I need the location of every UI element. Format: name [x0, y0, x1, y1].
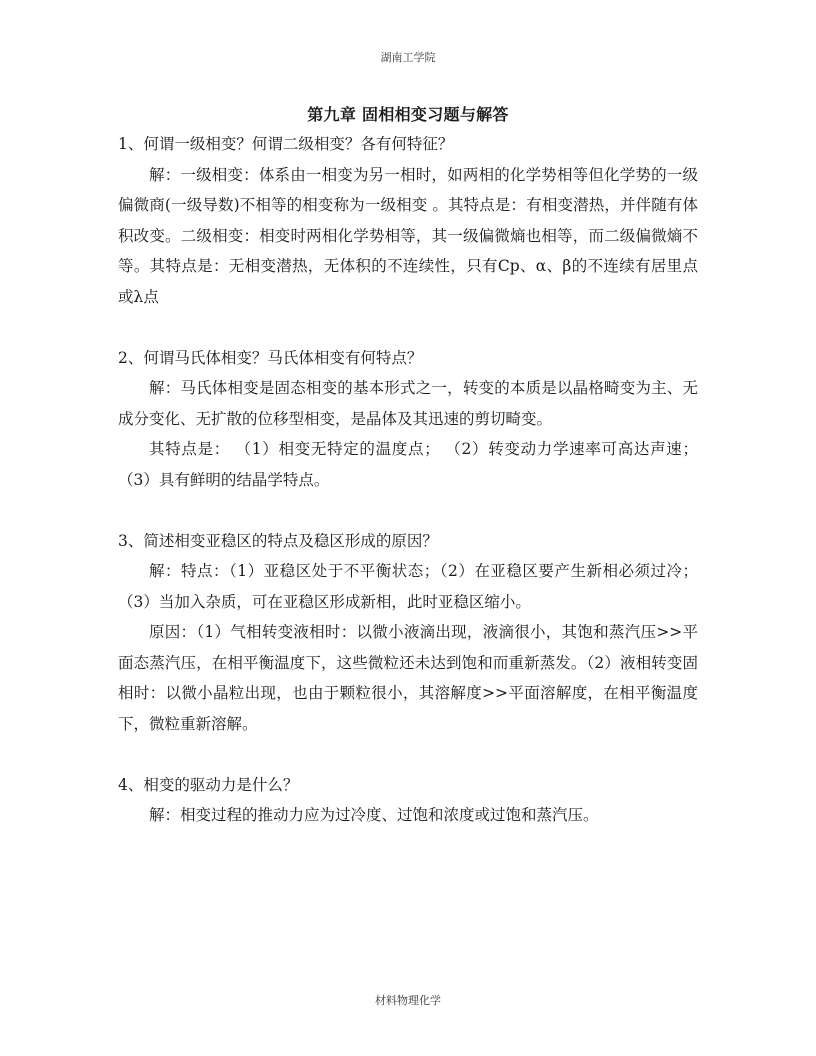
section-2: 2、何谓马氏体相变？马氏体相变有何特点？ 解：马氏体相变是固态相变的基本形式之一…: [118, 343, 698, 496]
section-spacer: [118, 739, 698, 770]
section-spacer: [118, 495, 698, 526]
section-3: 3、简述相变亚稳区的特点及稳区形成的原因？ 解：特点：（1）亚稳区处于不平衡状态…: [118, 526, 698, 740]
page-header: 湖南工学院: [0, 49, 816, 65]
question-2: 2、何谓马氏体相变？马氏体相变有何特点？: [118, 343, 698, 374]
answer-3-paragraph-1: 解：特点：（1）亚稳区处于不平衡状态；（2）在亚稳区要产生新相必须过冷；（3）当…: [118, 556, 698, 617]
document-title: 第九章 固相相变习题与解答: [0, 102, 816, 125]
answer-4-paragraph-1: 解：相变过程的推动力应为过冷度、过饱和浓度或过饱和蒸汽压。: [118, 800, 698, 831]
answer-1-paragraph-1: 解：一级相变：体系由一相变为另一相时，如两相的化学势相等但化学势的一级偏微商(一…: [118, 160, 698, 313]
answer-3-paragraph-2: 原因：（1）气相转变液相时：以微小液滴出现，液滴很小，其饱和蒸汽压>>平面态蒸汽…: [118, 617, 698, 739]
question-4: 4、相变的驱动力是什么？: [118, 770, 698, 801]
answer-2-paragraph-2: 其特点是： （1）相变无特定的温度点； （2）转变动力学速率可高达声速；（3）具…: [118, 434, 698, 495]
answer-2-paragraph-1: 解：马氏体相变是固态相变的基本形式之一，转变的本质是以晶格畸变为主、无成分变化、…: [118, 373, 698, 434]
question-3: 3、简述相变亚稳区的特点及稳区形成的原因？: [118, 526, 698, 557]
document-body: 1、何谓一级相变？何谓二级相变？各有何特征？ 解：一级相变：体系由一相变为另一相…: [118, 129, 698, 831]
section-1: 1、何谓一级相变？何谓二级相变？各有何特征？ 解：一级相变：体系由一相变为另一相…: [118, 129, 698, 312]
question-1: 1、何谓一级相变？何谓二级相变？各有何特征？: [118, 129, 698, 160]
page-footer: 材料物理化学: [0, 992, 816, 1008]
section-spacer: [118, 312, 698, 343]
section-4: 4、相变的驱动力是什么？ 解：相变过程的推动力应为过冷度、过饱和浓度或过饱和蒸汽…: [118, 770, 698, 831]
